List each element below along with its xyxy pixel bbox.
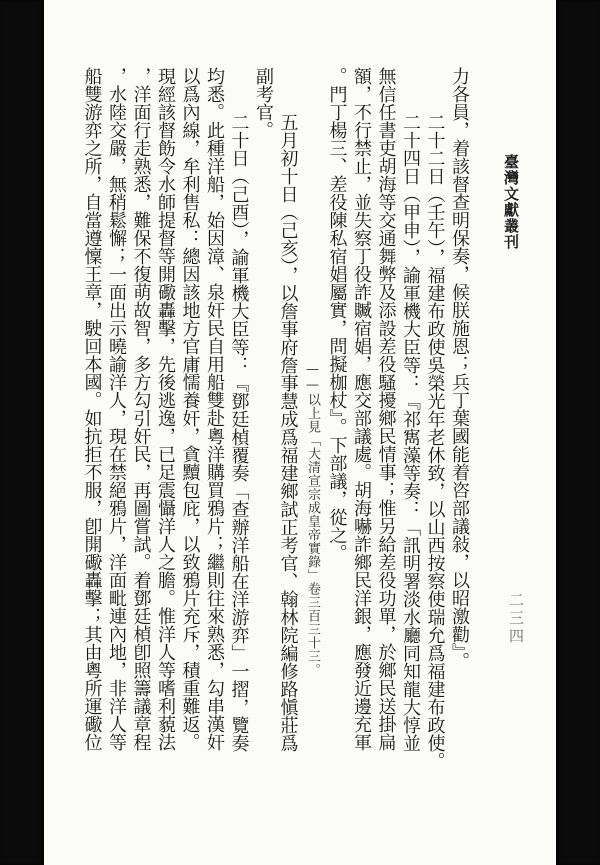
text-column: 均悉。此種洋船，始因漳、泉奸民自用船雙赴粵洋購買鴉片；繼則往來熟悉，勾串漢奸 <box>202 67 227 803</box>
text-column: ，水陸交嚴，無稍鬆懈；一面出示曉諭洋人，現在禁絕鴉片，洋面毗連內地，非洋人等 <box>104 67 129 803</box>
text-block: 力各員，着該督查明保奏，候朕施恩；兵丁葉國能着咨部議敍，以昭激勸』。 二十二日（… <box>54 67 471 803</box>
right-scan-border <box>556 0 600 865</box>
text-column: 二十四日（甲申），諭軍機大臣等：『祁寯藻等奏：「訊明署淡水廳同知龍大惇並 <box>398 67 423 803</box>
text-column: 船雙游弈之所，自當遵懍王章，駛回本國。如抗拒不服，卽開礮轟擊；其由粵所運礮位 <box>79 67 104 803</box>
series-header: 臺灣文獻叢刊 <box>501 154 522 274</box>
page-number: 二三四 <box>506 592 527 682</box>
text-column: 額，不行禁止，並失察丁役詐贓宿娼，應交部議處。胡海嚇詐鄉民洋銀，應發近邊充軍 <box>349 67 374 803</box>
text-column: 以爲內線，牟利售私：總因該地方官庸懦養奸，貪黷包庇，以致鴉片充斥，積重難返。 <box>177 67 202 803</box>
text-column: 。門丁楊三、差役陳私宿娼屬實，問擬枷杖』。下部議，從之。 <box>324 67 349 803</box>
text-column: 五月初十日（己亥），以詹事府詹事慧成爲福建鄉試正考官、翰林院編修路愼莊爲 <box>275 67 300 803</box>
source-citation: ——以上見「大清宣宗成皇帝實錄」卷三百三十三。 <box>300 67 325 803</box>
text-column: 二十日（己酉），諭軍機大臣等：『鄧廷楨覆奏「查辦洋船在洋游弈」一摺，覽奏 <box>226 67 251 803</box>
text-column: 二十二日（壬午），福建布政使吳榮光年老休致，以山西按察使瑞允爲福建布政使。 <box>422 67 447 803</box>
text-column: 現經該督飭令水師提督等開礮轟擊，先後逃逸，已足震懾洋人之膽。惟洋人等嗜利藐法 <box>153 67 178 803</box>
text-column: 副考官。 <box>251 67 276 803</box>
left-scan-border <box>0 0 44 865</box>
text-column: 無信任書吏胡海等交通舞弊及添設差役騷擾鄉民情事；惟另給差役功單，於鄉民送掛扁 <box>373 67 398 803</box>
text-column: 力各員，着該督查明保奏，候朕施恩；兵丁葉國能着咨部議敍，以昭激勸』。 <box>447 67 472 803</box>
text-column: ，洋面行走熟悉，難保不復萌故智，多方勾引奸民，再圖嘗試。着鄧廷楨卽照籌議章程 <box>128 67 153 803</box>
scanned-book-page: 臺灣文獻叢刊 二三四 力各員，着該督查明保奏，候朕施恩；兵丁葉國能着咨部議敍，以… <box>0 0 600 865</box>
